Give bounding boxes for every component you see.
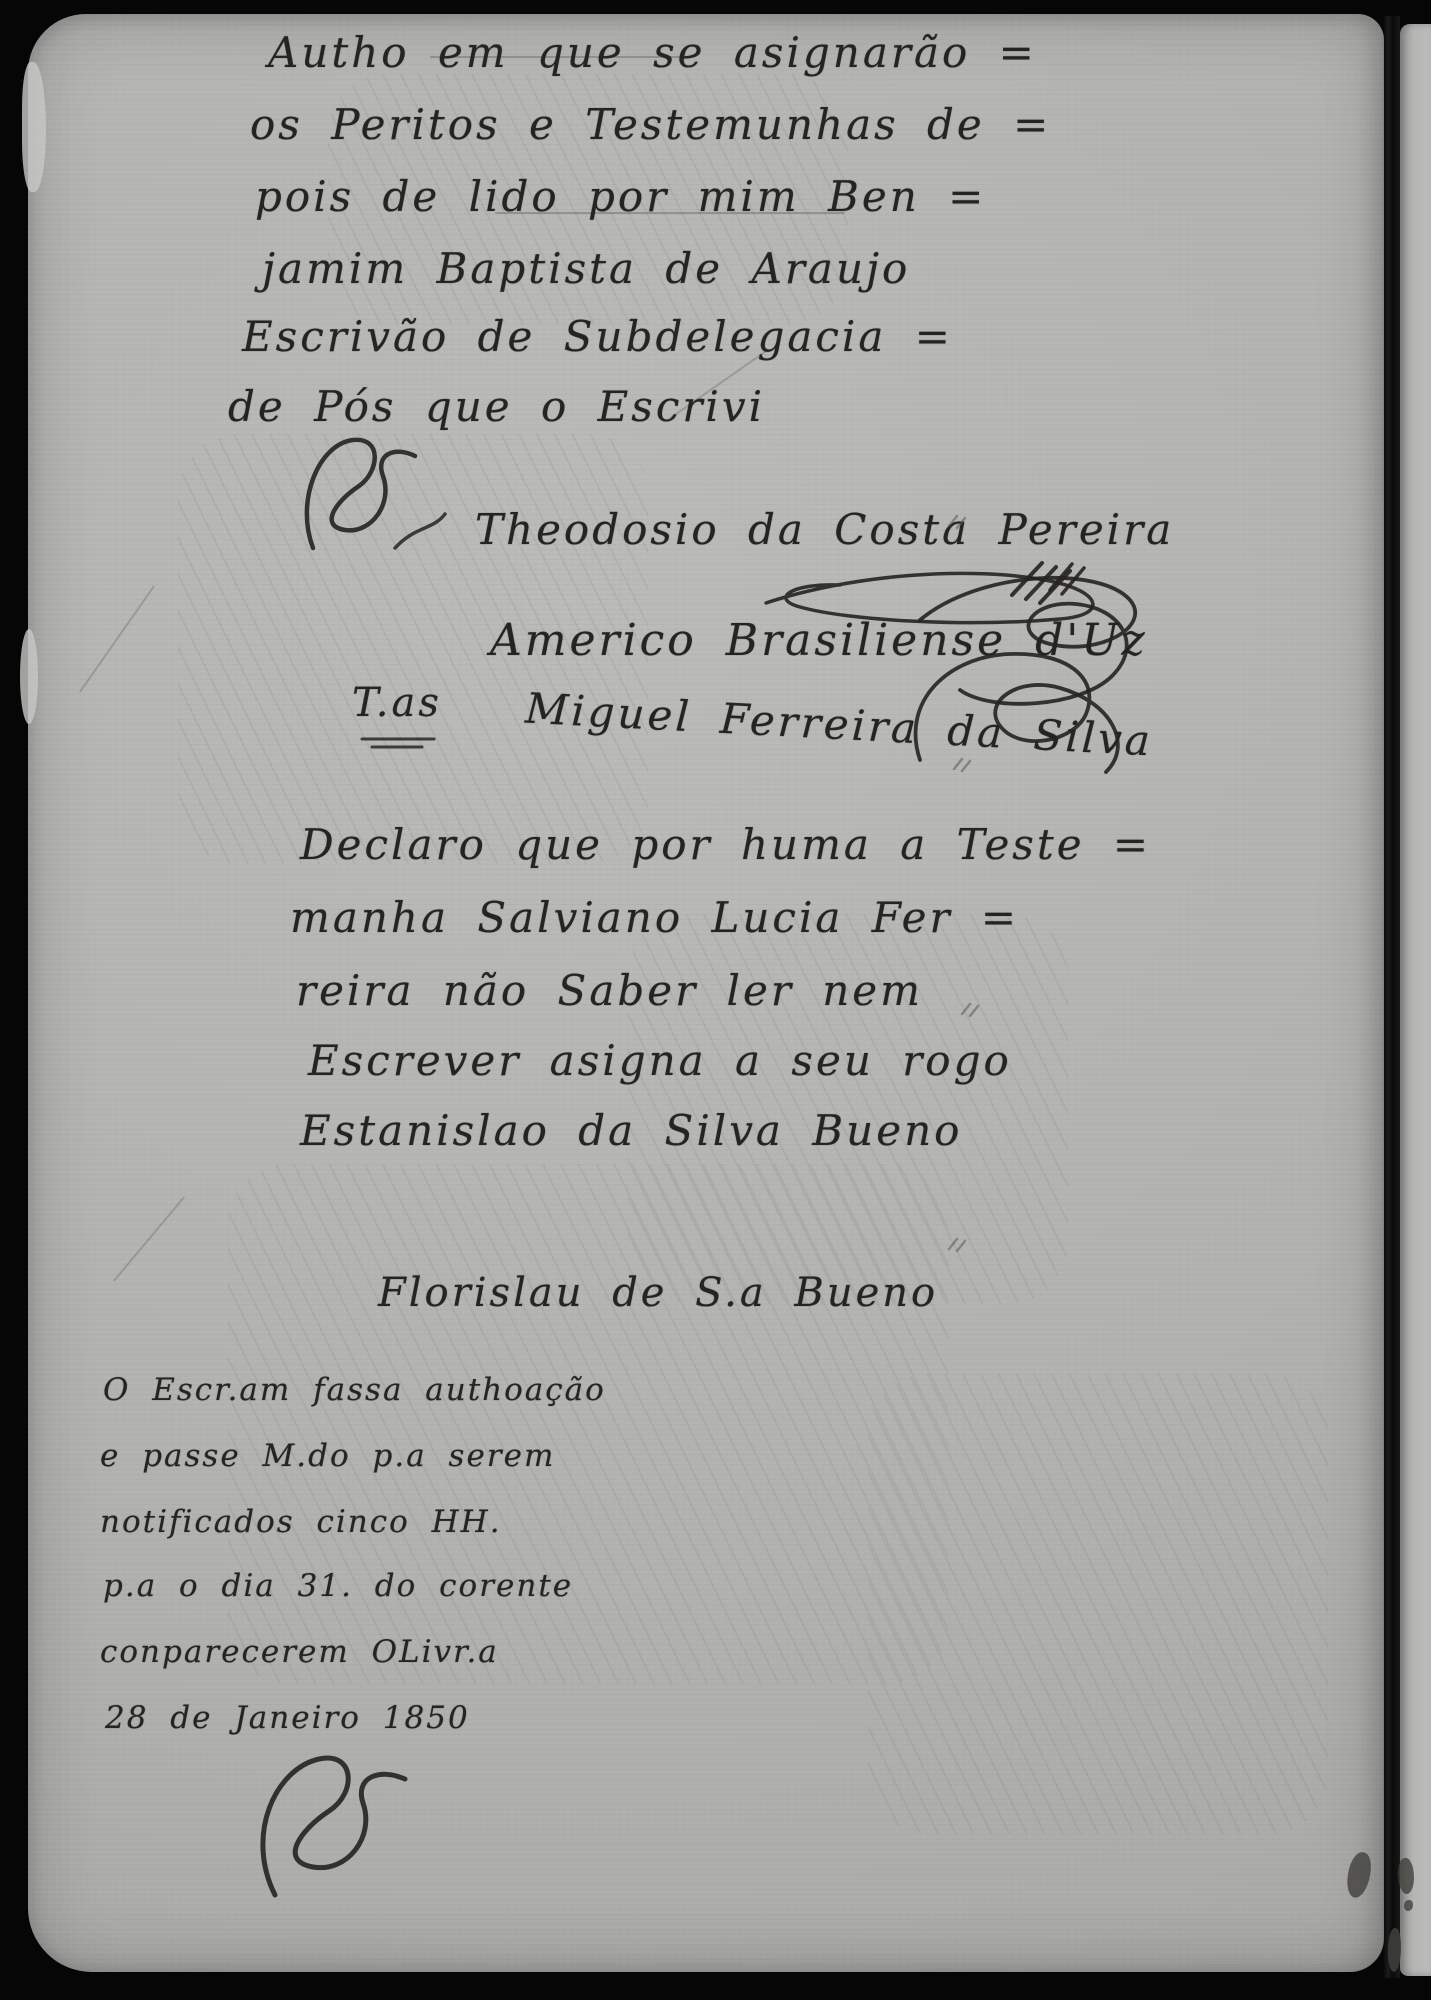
pencil-stroke xyxy=(949,1239,965,1251)
next-page-edge xyxy=(1400,24,1431,1976)
signature-flourish-drawing xyxy=(890,640,1170,790)
flourish-stroke xyxy=(916,654,1118,772)
pencil-mark xyxy=(958,1000,984,1022)
book-gutter xyxy=(1383,16,1400,1978)
despatch-line: notificados cinco HH. xyxy=(100,1504,502,1540)
manuscript-line: manha Salviano Lucia Fer = xyxy=(290,893,1019,942)
despatch-date-line: 28 de Janeiro 1850 xyxy=(105,1700,470,1736)
manuscript-line: de Pós que o Escrivi xyxy=(228,382,765,431)
underline-stroke xyxy=(362,739,434,747)
despatch-line: conparecerem OLivr.a xyxy=(100,1634,499,1670)
pencil-scratch xyxy=(79,585,155,693)
rubric-stroke xyxy=(395,514,445,548)
signature-theodosio: Theodosio da Costa Pereira xyxy=(475,505,1174,554)
witness-abbreviation: T.as xyxy=(352,680,442,726)
torn-edge-notch xyxy=(20,629,38,724)
pencil-mark xyxy=(945,1235,971,1257)
pencil-mark xyxy=(945,512,971,534)
manuscript-line: Estanislao da Silva Bueno xyxy=(300,1106,962,1155)
manuscript-line: pois de lido por mim Ben = xyxy=(255,172,986,221)
manuscript-line: reira não Saber ler nem xyxy=(296,966,923,1015)
rubric-flourish xyxy=(275,430,455,560)
rubric-flourish-drawing xyxy=(215,1745,435,1905)
manuscript-line: Escrever asigna a seu rogo xyxy=(308,1036,1012,1085)
rubric-flourish-drawing xyxy=(275,430,455,560)
pencil-stroke xyxy=(949,516,965,528)
despatch-line: O Escr.am fassa authoação xyxy=(103,1372,606,1408)
pencil-stroke xyxy=(962,1004,978,1016)
double-underline-drawing xyxy=(358,735,438,751)
ink-showthrough-hatch xyxy=(228,1164,948,1684)
scanned-manuscript-photo: Autho em que se asignarão = os Peritos e… xyxy=(0,0,1431,2000)
ink-showthrough-hatch xyxy=(868,1374,1328,1834)
pencil-mark xyxy=(950,755,976,777)
manuscript-line: Autho em que se asignarão = xyxy=(268,28,1037,77)
despatch-line: p.a o dia 31. do corente xyxy=(103,1568,573,1604)
closing-name-line: Florislau de S.a Bueno xyxy=(378,1270,938,1316)
manuscript-line: os Peritos e Testemunhas de = xyxy=(250,100,1051,149)
rubric-flourish xyxy=(215,1745,435,1905)
despatch-line: e passe M.do p.a serem xyxy=(100,1438,555,1474)
torn-edge-notch xyxy=(22,62,46,192)
manuscript-line: Escrivão de Subdelegacia = xyxy=(242,312,953,361)
pencil-stroke xyxy=(954,759,970,771)
witness-underline xyxy=(358,735,438,751)
manuscript-page: Autho em que se asignarão = os Peritos e… xyxy=(28,14,1384,1972)
pencil-scratch xyxy=(113,1196,185,1282)
rubric-stroke xyxy=(307,440,415,548)
manuscript-line: jamim Baptista de Araujo xyxy=(262,244,910,293)
signature-flourish xyxy=(890,640,1170,790)
rubric-stroke xyxy=(263,1758,405,1895)
manuscript-line: Declaro que por huma a Teste = xyxy=(300,820,1151,869)
